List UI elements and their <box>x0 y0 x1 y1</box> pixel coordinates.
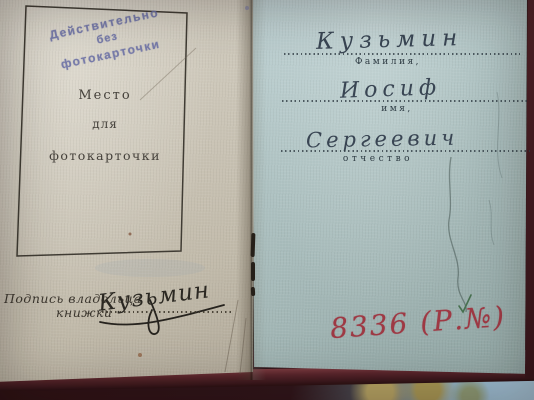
surname-handwriting: Кузьмин <box>316 25 464 55</box>
binding-stitch <box>251 233 256 257</box>
surname-dotted-line <box>284 53 520 55</box>
first-name-label: имя, <box>352 104 442 114</box>
binding-seam <box>236 0 266 380</box>
surname-label: Фамилия, <box>328 57 448 67</box>
photo-placeholder-line: Место <box>40 88 170 103</box>
binding-stitch <box>251 287 255 296</box>
photo-placeholder-line: фотокарточки <box>40 148 170 163</box>
photo-placeholder-line: для <box>40 117 170 131</box>
photo-of-award-booklet: Действительно без фотокарточки Место для… <box>0 0 534 400</box>
first-name-dotted-line <box>282 100 528 102</box>
patronymic-label: отчество <box>318 154 438 164</box>
binding-stitch <box>251 262 255 281</box>
photo-placeholder: Место для фотокарточки <box>40 88 170 163</box>
patronymic-handwriting: Сергеевич <box>306 126 459 153</box>
patronymic-dotted-line <box>281 150 531 152</box>
